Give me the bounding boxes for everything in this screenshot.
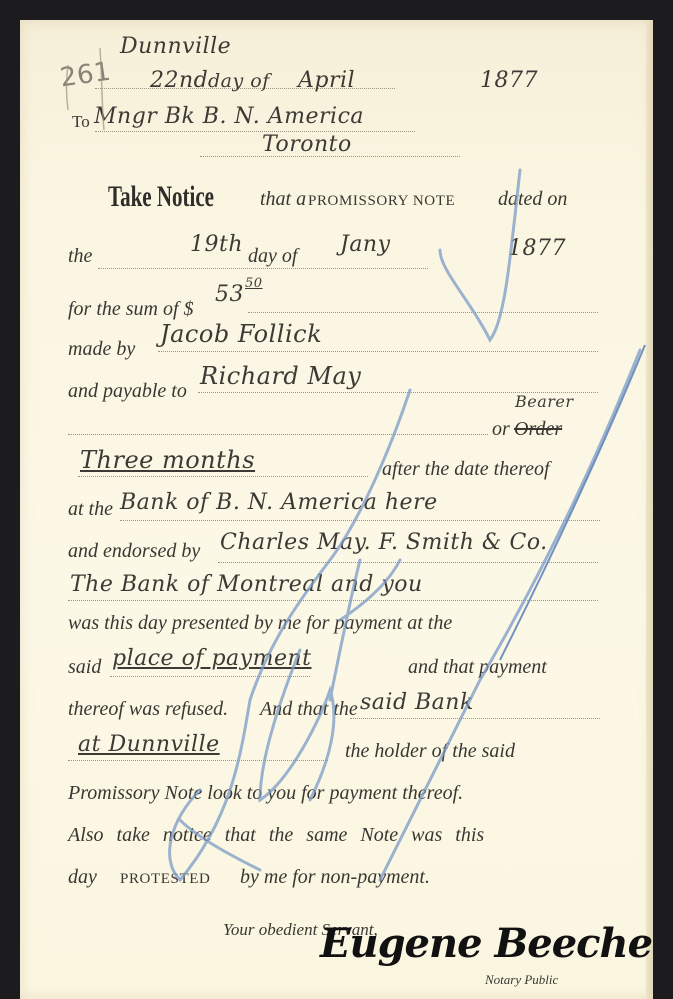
refused-text-a: and that payment	[408, 656, 547, 679]
holder-rule-2	[68, 760, 328, 761]
said-place-rule	[110, 676, 310, 677]
sum-rule	[248, 312, 598, 313]
signer-title: Notary Public	[485, 972, 558, 988]
endorsers-line-1: Charles May. F. Smith & Co.	[220, 530, 548, 555]
place-name: Dunnville	[120, 34, 231, 59]
date-day-label: day of	[208, 70, 270, 92]
intro-text: that a	[260, 188, 306, 211]
place-rule	[120, 520, 600, 521]
also-text: Also take notice that the same Note was …	[68, 824, 484, 847]
made-by-label: made by	[68, 338, 135, 361]
refused-text-b: thereof was refused.	[68, 698, 228, 721]
maker-name: Jacob Follick	[160, 320, 322, 348]
order-struck: Order	[514, 418, 562, 441]
promissory-note-label: PROMISSORY NOTE	[308, 193, 455, 210]
holder-name-b: at Dunnville	[78, 732, 220, 757]
term-rule	[78, 476, 368, 477]
document-page: 261 Dunnville 22nd day of April 1877 To …	[20, 20, 653, 999]
date-month: April	[298, 68, 355, 93]
said-label: said	[68, 656, 101, 679]
sum-cents: 50	[245, 276, 263, 291]
place-of-payment: Bank of B. N. America here	[120, 490, 438, 515]
bearer-rule	[68, 434, 488, 435]
note-month: Jany	[340, 232, 391, 257]
payee-name: Richard May	[200, 362, 361, 390]
addressee-rule	[95, 131, 415, 132]
sum-dollars: 53	[215, 282, 244, 307]
or-label: or	[492, 418, 510, 441]
holder-rule-1	[350, 718, 600, 719]
endorsers-line-2: The Bank of Montreal and you	[70, 572, 423, 597]
term: Three months	[80, 446, 255, 474]
maker-rule	[158, 351, 598, 352]
notice-heading: Take Notice	[108, 180, 214, 214]
day-label: day	[68, 866, 97, 889]
protested-label: PROTESTED	[120, 871, 210, 888]
date-year: 1877	[480, 68, 538, 93]
presented-text: was this day presented by me for payment…	[68, 612, 452, 635]
endorsers-rule-2	[68, 600, 598, 601]
holder-name-a: said Bank	[360, 690, 474, 715]
addressee-prefix: To	[72, 112, 90, 132]
holder-text: the holder of the said	[345, 740, 515, 763]
non-payment-text: by me for non-payment.	[240, 866, 430, 889]
endorsed-label: and endorsed by	[68, 540, 200, 563]
order-replacement: Bearer	[515, 392, 574, 411]
note-day-label: day of	[248, 245, 297, 268]
holder-intro: And that the	[260, 698, 358, 721]
addressee-name: Mngr Bk B. N. America	[94, 104, 364, 129]
note-date-rule	[98, 268, 428, 269]
payable-to-label: and payable to	[68, 380, 187, 403]
look-text: Promissory Note look to you for payment …	[68, 782, 463, 805]
date-day: 22nd	[150, 68, 208, 93]
note-day: 19th	[190, 232, 243, 257]
endorsers-rule-1	[218, 562, 598, 563]
place-text: place of payment	[112, 646, 311, 671]
at-label: at the	[68, 498, 113, 521]
addressee-city: Toronto	[262, 132, 352, 157]
paper-edge	[646, 20, 653, 999]
notary-signature: Eugene Beeche	[320, 920, 652, 967]
sum-label: for the sum of $	[68, 298, 194, 321]
the-text: the	[68, 245, 92, 268]
note-year: 1877	[508, 236, 566, 261]
after-date-label: after the date thereof	[382, 458, 550, 481]
dated-on-text: dated on	[498, 188, 567, 211]
